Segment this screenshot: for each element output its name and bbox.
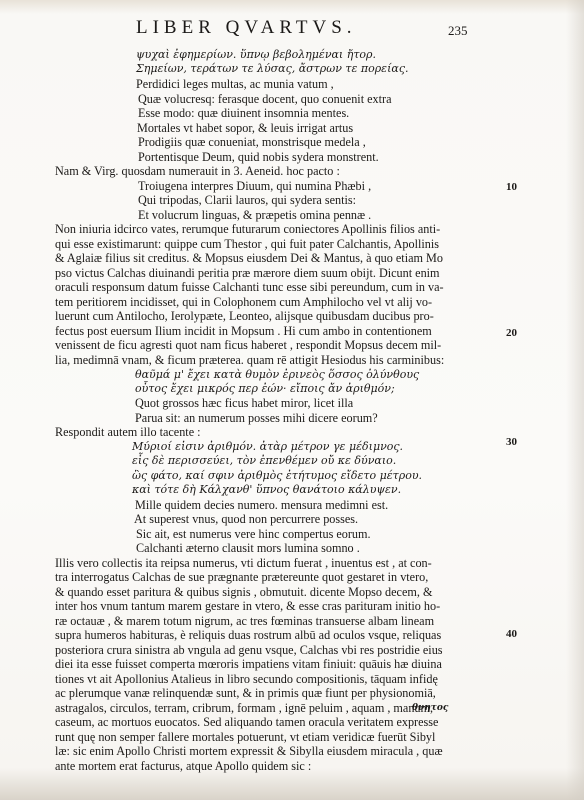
text-line: inter hos vnum tantum marem gestare in v…: [55, 599, 440, 613]
text-line: Perdidici leges multas, ac munia vatum ,: [136, 77, 334, 91]
text-line: Portentisque Deum, quid nobis sydera mon…: [138, 150, 379, 164]
text-line: Prodigiis quæ conueniat, monstrisque med…: [138, 135, 366, 149]
text-line: ræ octauæ , & marem totum nigrum, ac tre…: [55, 614, 434, 628]
text-line: astragalos, circulos, terram, cribrum, f…: [55, 701, 433, 715]
greek-verse-line: Μύριοί εἰσιν ἀριθμόν. ἀτὰρ μέτρον γε μέδ…: [132, 440, 403, 454]
page-number: 235: [448, 23, 468, 39]
greek-verse-line: εἷς δὲ περισσεύει, τὸν ἐπενθέμεν οὔ κε δ…: [132, 454, 396, 468]
text-line: tra interrogatus Calchas de sue prægnant…: [55, 570, 428, 584]
text-line: venissent de ficu agresti quot nam ficus…: [55, 338, 441, 352]
text-line: Calchanti æterno clausit mors lumina som…: [136, 541, 360, 555]
text-line: posteriora crura sinistra ab vngula ad g…: [55, 643, 443, 657]
greek-verse-line: Σημείων, τεράτων τε λύσας, ἄστρων τε πορ…: [136, 62, 409, 76]
running-title: LIBER QVARTVS.: [136, 17, 357, 39]
text-line: diei ita esse fuisset comperta mœroris i…: [55, 657, 442, 671]
text-line: & Aglaiæ filius sit creditus. & Mopsus e…: [55, 251, 443, 265]
text-line: oraculi responsum datum fuisse Calchanti…: [55, 280, 444, 294]
greek-verse-line: ὣς φάτο, καί σφιν ἀριθμὸς ἐτήτυμος εἴδετ…: [132, 469, 422, 483]
text-line: lia, medimnā vnam, & ficum præterea. qua…: [55, 353, 444, 367]
text-line: Troiugena interpres Diuum, qui numina Ph…: [138, 179, 371, 193]
text-line: Non iniuria idcirco vates, rerumque futu…: [55, 222, 440, 236]
text-line: Qui tripodas, Clarii lauros, qui sydera …: [138, 193, 356, 207]
margin-line-number: 30: [506, 436, 517, 448]
text-line: Mortales vt habet sopor, & leuis irrigat…: [137, 121, 353, 135]
text-line: Illis vero collectis ita reipsa numerus,…: [55, 556, 432, 570]
greek-verse-line: θαῦμά μ' ἔχει κατὰ θυμὸν ἐρινεὸς ὅσσος ὀ…: [135, 368, 419, 382]
text-line: caseum, ac mortuos euocatos. Sed aliquan…: [55, 715, 438, 729]
text-line: pso victus Calchas diuinandi peritia præ…: [55, 266, 440, 280]
text-line: Quot grossos hæc ficus habet miror, lice…: [135, 396, 353, 410]
text-line: fectus post euersum Ilium incidit in Mop…: [55, 324, 432, 338]
text-line: læ: sic enim Apollo Christi mortem expre…: [55, 744, 443, 758]
greek-verse-line: ψυχαὶ ἐφημερίων. ὕπνῳ βεβολημέναι ἤτορ.: [136, 48, 376, 62]
text-line: tem peritiorem incidisset, qui in Coloph…: [55, 295, 432, 309]
text-line: tiones vt ait Apollonius Atalieus in lib…: [55, 672, 438, 686]
margin-line-number: 20: [506, 327, 517, 339]
margin-line-number: 40: [506, 628, 517, 640]
text-line: Quæ volucresq: ferasque docent, quo conu…: [138, 92, 392, 106]
scanned-page: LIBER QVARTVS. 235 ψυχαὶ ἐφημερίων. ὕπνῳ…: [0, 0, 584, 800]
margin-line-number: 10: [506, 181, 517, 193]
text-line: Respondit autem illo tacente :: [55, 425, 201, 439]
text-line: qui esse existimarunt: quippe cum Thesto…: [55, 237, 439, 251]
handwritten-annotation: θνητος: [412, 703, 448, 713]
text-line: & quando esset paritura & quibus signis …: [55, 585, 432, 599]
text-line: Mille quidem decies numero. mensura medi…: [135, 498, 388, 512]
text-line: ante mortem erat facturus, atque Apollo …: [55, 759, 311, 773]
greek-verse-line: καὶ τότε δὴ Κάλχανθ' ὕπνος θανάτοιο κάλυ…: [132, 483, 401, 497]
page-edge-shadow: [566, 0, 584, 800]
text-line: luerunt cum Antilocho, Ierolypæte, Leont…: [55, 309, 434, 323]
text-line: Et volucrum linguas, & præpetis omina pe…: [138, 208, 371, 222]
text-line: ac plerumque vanæ relinquendæ sunt, & in…: [55, 686, 436, 700]
text-line: Parua sit: an numerum posses mihi dicere…: [135, 411, 378, 425]
text-line: Esse modo: quæ diuinent insomnia mentes.: [138, 106, 349, 120]
text-line: Sic ait, est numerus vere hinc compertus…: [136, 527, 371, 541]
text-line: supra humeros habituras, è reliquis duas…: [55, 628, 441, 642]
text-line: At superest vnus, quod non percurrere po…: [134, 512, 358, 526]
text-line: Nam & Virg. quosdam numerauit in 3. Aene…: [55, 164, 340, 178]
greek-verse-line: οὗτος ἔχει μικρός περ ἐών· εἴποις ἄν ἀρι…: [135, 382, 395, 396]
text-line: runt quę non semper fallere mortales pot…: [55, 730, 435, 744]
